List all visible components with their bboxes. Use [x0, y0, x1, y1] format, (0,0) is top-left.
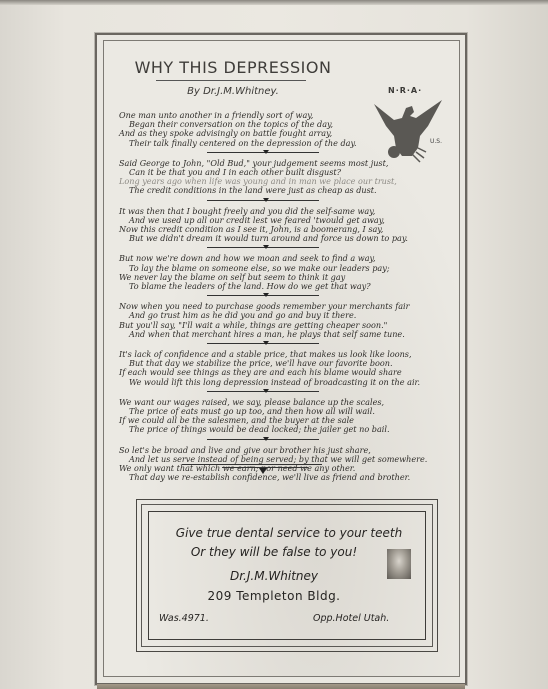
stanza: Now when you need to purchase goods reme…: [119, 302, 464, 339]
end-rule: [182, 464, 322, 465]
ad-inner-frame: Give true dental service to your teeth O…: [148, 511, 426, 640]
stanza-divider: [207, 152, 319, 156]
ad-frame: Give true dental service to your teeth O…: [141, 504, 433, 647]
poem-line: We would lift this long depression inste…: [119, 378, 464, 387]
stanza-divider: [207, 247, 319, 251]
stanza: It was then that I bought freely and you…: [119, 207, 464, 244]
ad-subheadline: Or they will be false to you!: [149, 545, 399, 559]
poem-line: Their talk finally centered on the depre…: [119, 139, 464, 148]
advertisement-box: Give true dental service to your teeth O…: [136, 499, 438, 652]
byline: By Dr.J.M.Whitney.: [104, 86, 362, 97]
stanza: It's lack of confidence and a stable pri…: [119, 350, 464, 387]
photo-edge-shadow: [0, 0, 548, 5]
stanza: We want our wages raised, we say, please…: [119, 398, 464, 435]
document-border: WHY THIS DEPRESSION By Dr.J.M.Whitney. N…: [103, 40, 460, 677]
stanza: One man unto another in a friendly sort …: [119, 111, 464, 148]
poem-line: The price of things would be dead locked…: [119, 425, 464, 434]
stanza: But now we're down and how we moan and s…: [119, 254, 464, 291]
stanza-divider: [207, 200, 319, 204]
poem-line: But we didn't dream it would turn around…: [119, 234, 464, 243]
framed-document: WHY THIS DEPRESSION By Dr.J.M.Whitney. N…: [95, 33, 467, 685]
title-underline: [156, 80, 306, 81]
ad-address: 209 Templeton Bldg.: [149, 589, 399, 603]
poem-line: And when that merchant hires a man, he p…: [119, 330, 464, 339]
ad-dentist-name: Dr.J.M.Whitney: [149, 569, 399, 583]
poem-line: The credit conditions in the land were j…: [119, 186, 464, 195]
poem-line: To blame the leaders of the land. How do…: [119, 282, 464, 291]
stanza-divider: [207, 295, 319, 299]
end-ornament-icon: [259, 468, 267, 474]
frame-bottom-edge: [97, 684, 465, 689]
poem-line: That day we re-establish confidence, we'…: [119, 473, 464, 482]
stanza-divider: [207, 391, 319, 395]
stanza-divider: [207, 343, 319, 347]
stanza: Said George to John, "Old Bud," your jud…: [119, 159, 464, 196]
document-title: WHY THIS DEPRESSION: [104, 58, 362, 77]
ad-headline: Give true dental service to your teeth: [149, 526, 429, 540]
ad-phone: Was.4971.: [159, 613, 209, 624]
poem: One man unto another in a friendly sort …: [119, 111, 464, 487]
ad-location: Opp.Hotel Utah.: [313, 613, 389, 624]
stanza-divider: [207, 439, 319, 443]
